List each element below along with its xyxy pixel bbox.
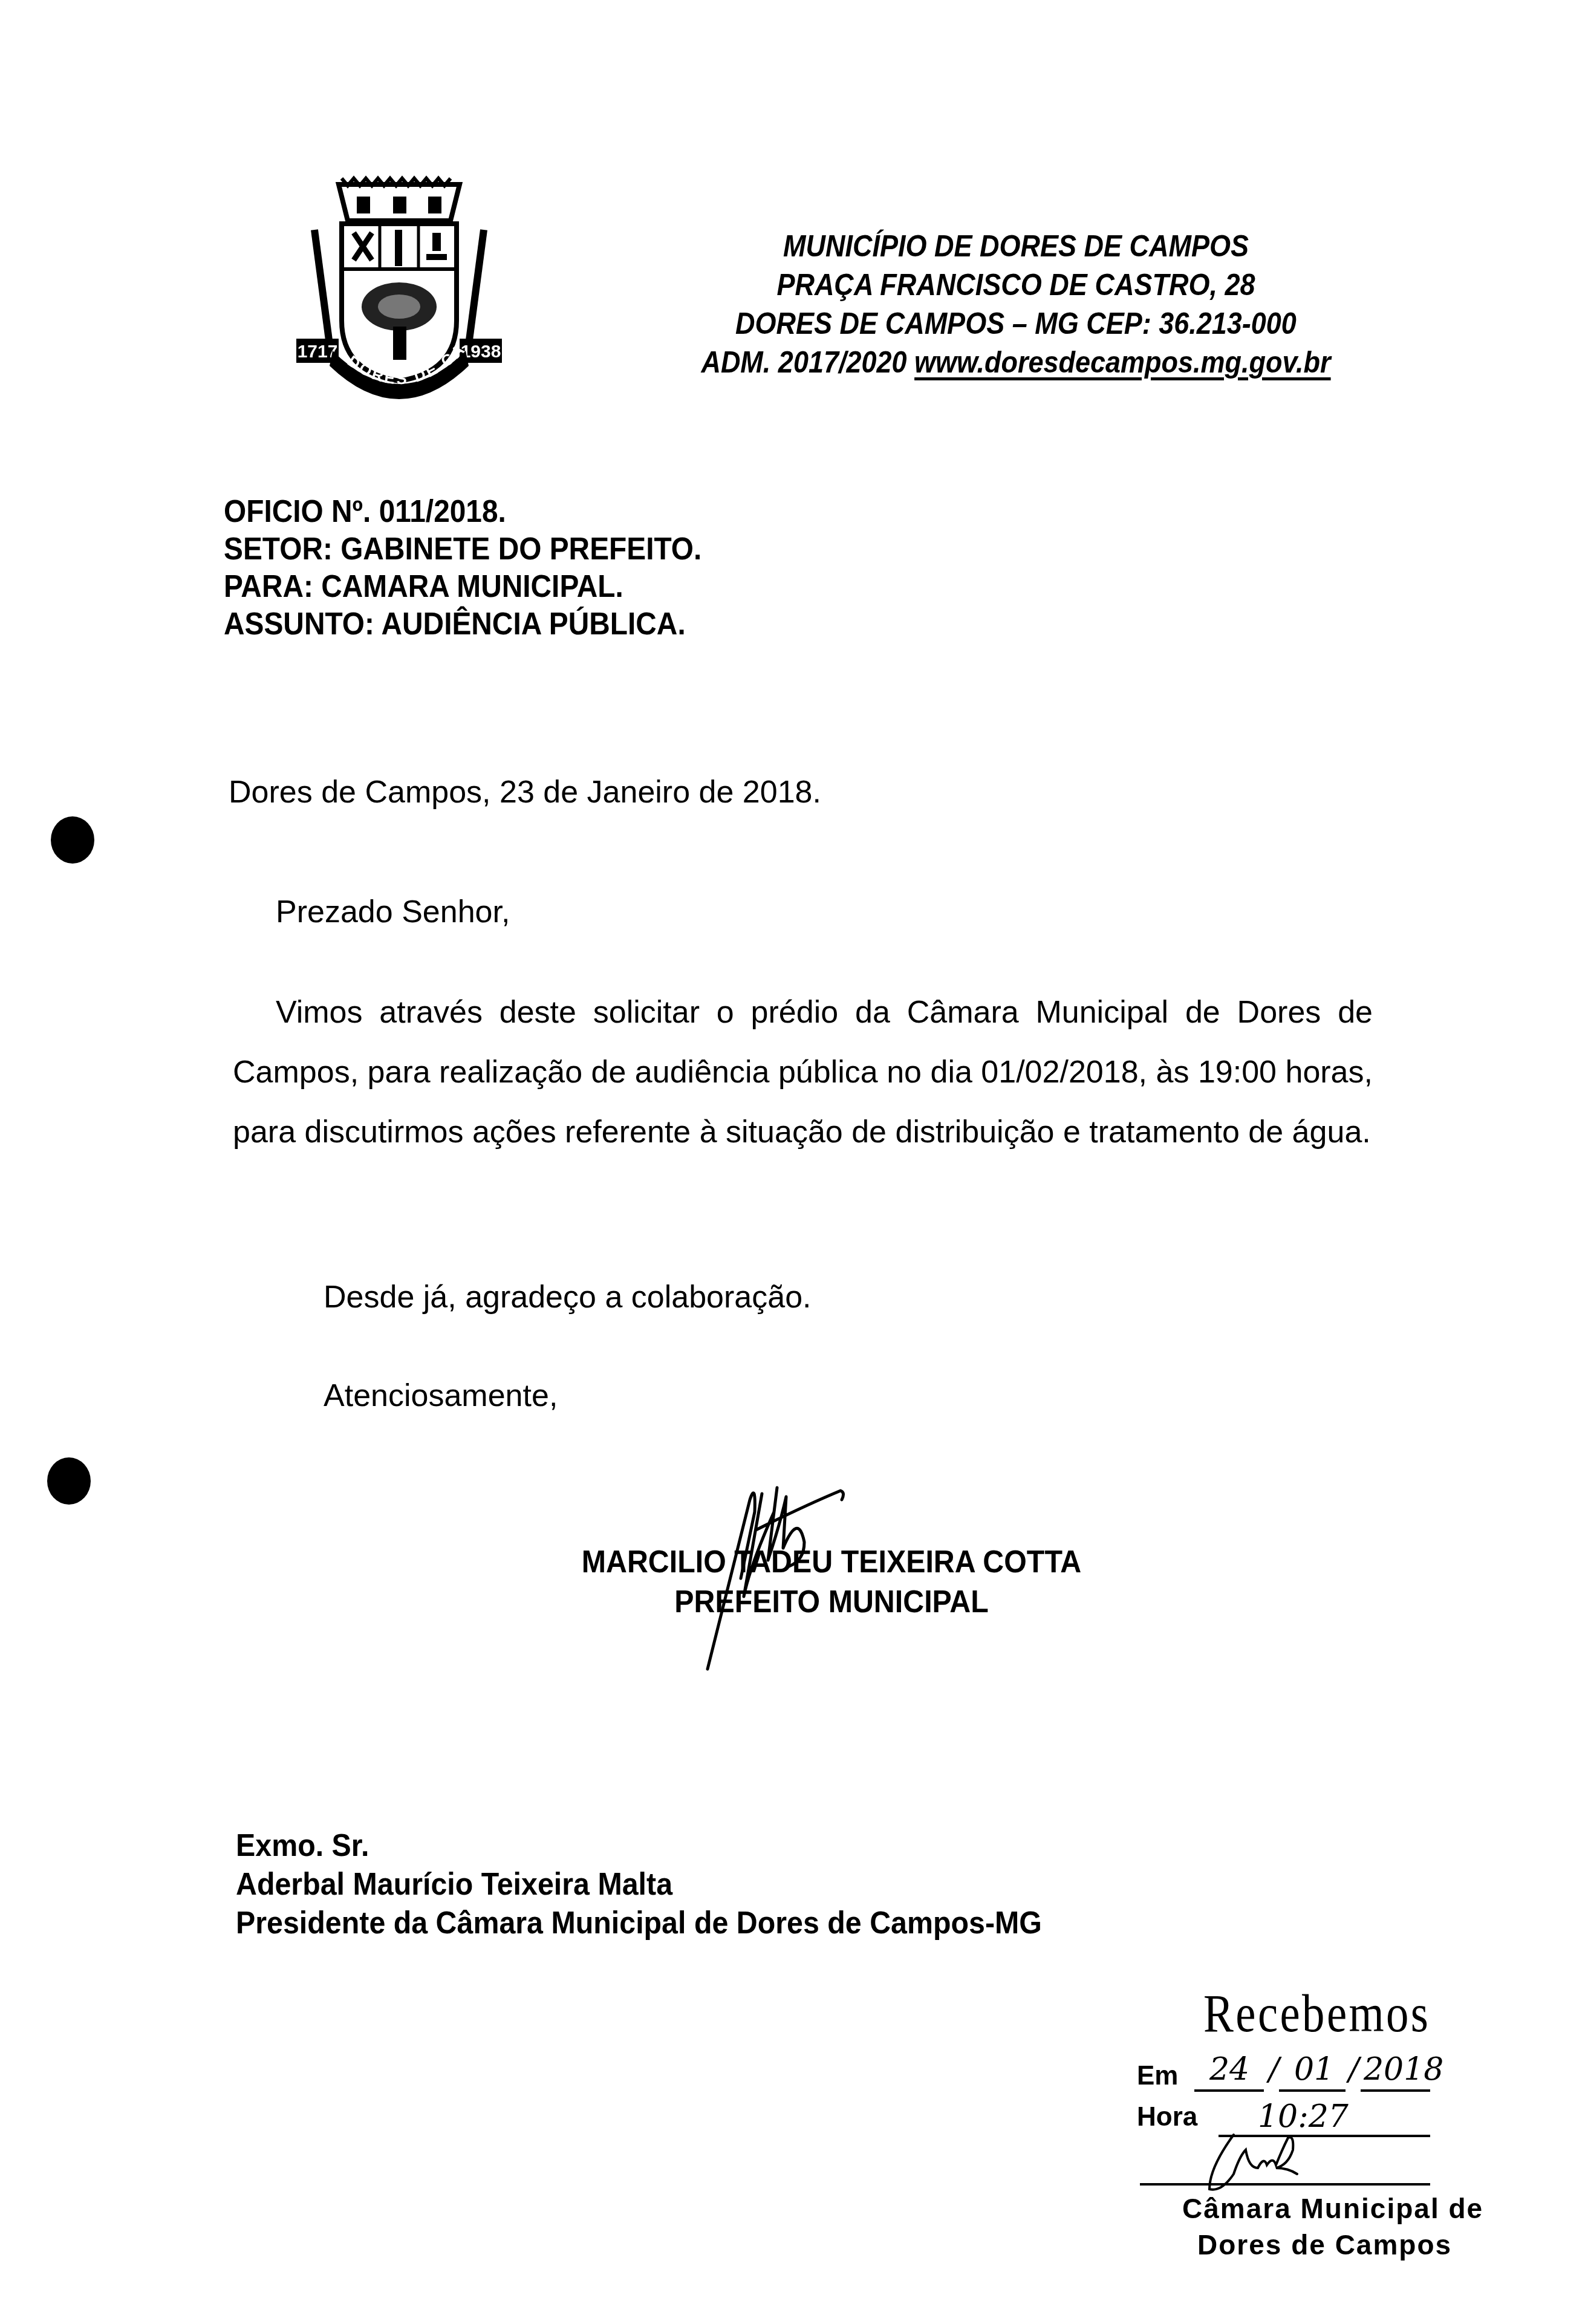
addressee-name: Aderbal Maurício Teixeira Malta bbox=[236, 1865, 1042, 1904]
oficio-assunto: ASSUNTO: AUDIÊNCIA PÚBLICA. bbox=[224, 605, 701, 643]
stamp-date-month: 01 bbox=[1294, 2051, 1334, 2088]
stamp-footer-line1: Câmara Municipal de bbox=[1182, 2192, 1483, 2225]
oficio-header: OFICIO Nº. 011/2018. SETOR: GABINETE DO … bbox=[224, 493, 701, 643]
stamp-footer-line2: Dores de Campos bbox=[1197, 2228, 1452, 2261]
stamp-year-line bbox=[1361, 2089, 1430, 2092]
stamp-title: Recebemos bbox=[1203, 1984, 1430, 2045]
stamp-date-year: 2018 bbox=[1364, 2051, 1443, 2088]
body-paragraph: Vimos através deste solicitar o prédio d… bbox=[233, 983, 1373, 1162]
stamp-date-sep-1: / bbox=[1269, 2051, 1280, 2088]
letterhead: MUNICÍPIO DE DORES DE CAMPOS PRAÇA FRANC… bbox=[678, 227, 1353, 382]
stamp-date-label: Em bbox=[1137, 2061, 1178, 2091]
punch-hole-bottom bbox=[47, 1457, 91, 1505]
stamp-date-sep-2: / bbox=[1349, 2051, 1359, 2088]
punch-hole-top bbox=[51, 816, 94, 864]
received-stamp: Recebemos Em 24 / 01 / 2018 Hora 10:27 C… bbox=[1119, 1984, 1542, 2298]
letterhead-address: PRAÇA FRANCISCO DE CASTRO, 28 bbox=[678, 265, 1353, 304]
stamp-time-label: Hora bbox=[1137, 2102, 1197, 2132]
stamp-signature-line bbox=[1140, 2183, 1430, 2186]
stamp-day-line bbox=[1194, 2089, 1264, 2092]
stamp-date-day: 24 bbox=[1209, 2051, 1249, 2088]
oficio-number: OFICIO Nº. 011/2018. bbox=[224, 493, 701, 530]
letterhead-city-cep: DORES DE CAMPOS – MG CEP: 36.213-000 bbox=[678, 304, 1353, 343]
regards-line: Atenciosamente, bbox=[324, 1378, 558, 1414]
stamp-time-value: 10:27 bbox=[1258, 2098, 1349, 2135]
oficio-setor: SETOR: GABINETE DO PREFEITO. bbox=[224, 530, 701, 568]
letterhead-adm-line: ADM. 2017/2020 www.doresdecampos.mg.gov.… bbox=[678, 343, 1353, 382]
coat-of-arms-icon: 1717 1938 DORES DE CAMPOS bbox=[296, 172, 502, 402]
closing-line: Desde já, agradeço a colaboração. bbox=[324, 1279, 812, 1315]
letterhead-website-link[interactable]: www.doresdecampos.mg.gov.br bbox=[914, 345, 1331, 379]
municipal-crest: 1717 1938 DORES DE CAMPOS bbox=[296, 172, 502, 402]
addressee-salutation: Exmo. Sr. bbox=[236, 1826, 1042, 1865]
handwritten-signature-icon bbox=[683, 1476, 913, 1675]
salutation: Prezado Senhor, bbox=[276, 894, 510, 930]
stamp-signature-icon bbox=[1197, 2132, 1330, 2198]
addressee-role: Presidente da Câmara Municipal de Dores … bbox=[236, 1904, 1042, 1942]
oficio-para: PARA: CAMARA MUNICIPAL. bbox=[224, 568, 701, 605]
letterhead-municipality: MUNICÍPIO DE DORES DE CAMPOS bbox=[678, 227, 1353, 265]
addressee-block: Exmo. Sr. Aderbal Maurício Teixeira Malt… bbox=[236, 1826, 1042, 1942]
date-line: Dores de Campos, 23 de Janeiro de 2018. bbox=[229, 774, 821, 810]
letterhead-adm: ADM. 2017/2020 bbox=[701, 345, 906, 379]
stamp-month-line bbox=[1279, 2089, 1346, 2092]
